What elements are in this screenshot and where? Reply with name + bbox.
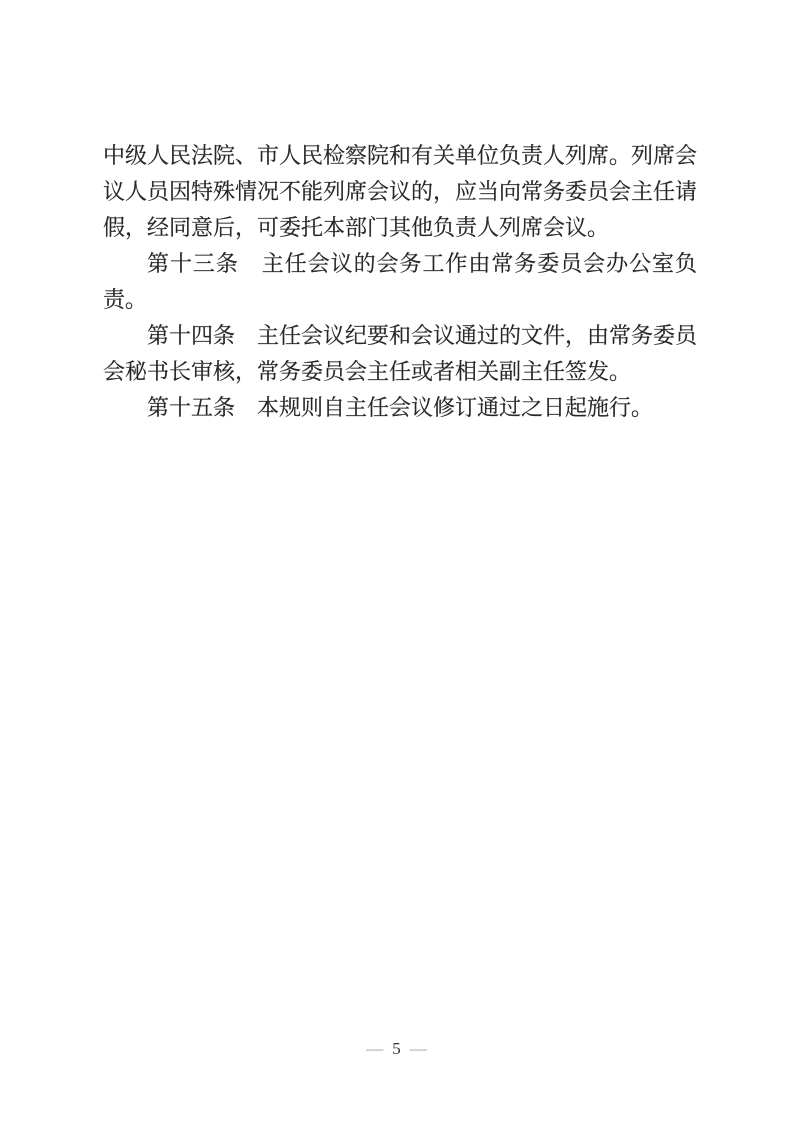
page-number-dash-left: — xyxy=(366,1039,383,1058)
document-line: 责。 xyxy=(103,282,697,318)
document-line-article-14: 第十四条 主任会议纪要和会议通过的文件，由常务委员 xyxy=(103,318,697,354)
document-line: 中级人民法院、市人民检察院和有关单位负责人列席。列席会 xyxy=(103,138,697,174)
page-number-dash-right: — xyxy=(410,1039,427,1058)
document-body: 中级人民法院、市人民检察院和有关单位负责人列席。列席会 议人员因特殊情况不能列席… xyxy=(103,138,697,426)
document-page: 中级人民法院、市人民检察院和有关单位负责人列席。列席会 议人员因特殊情况不能列席… xyxy=(0,0,793,1122)
document-line: 会秘书长审核，常务委员会主任或者相关副主任签发。 xyxy=(103,354,697,390)
document-line: 假，经同意后，可委托本部门其他负责人列席会议。 xyxy=(103,210,697,246)
document-line-article-15: 第十五条 本规则自主任会议修订通过之日起施行。 xyxy=(103,390,697,426)
page-number: 5 xyxy=(392,1039,401,1058)
page-footer: —5— xyxy=(0,1036,793,1062)
document-line: 议人员因特殊情况不能列席会议的，应当向常务委员会主任请 xyxy=(103,174,697,210)
document-line-article-13: 第十三条 主任会议的会务工作由常务委员会办公室负 xyxy=(103,246,697,282)
